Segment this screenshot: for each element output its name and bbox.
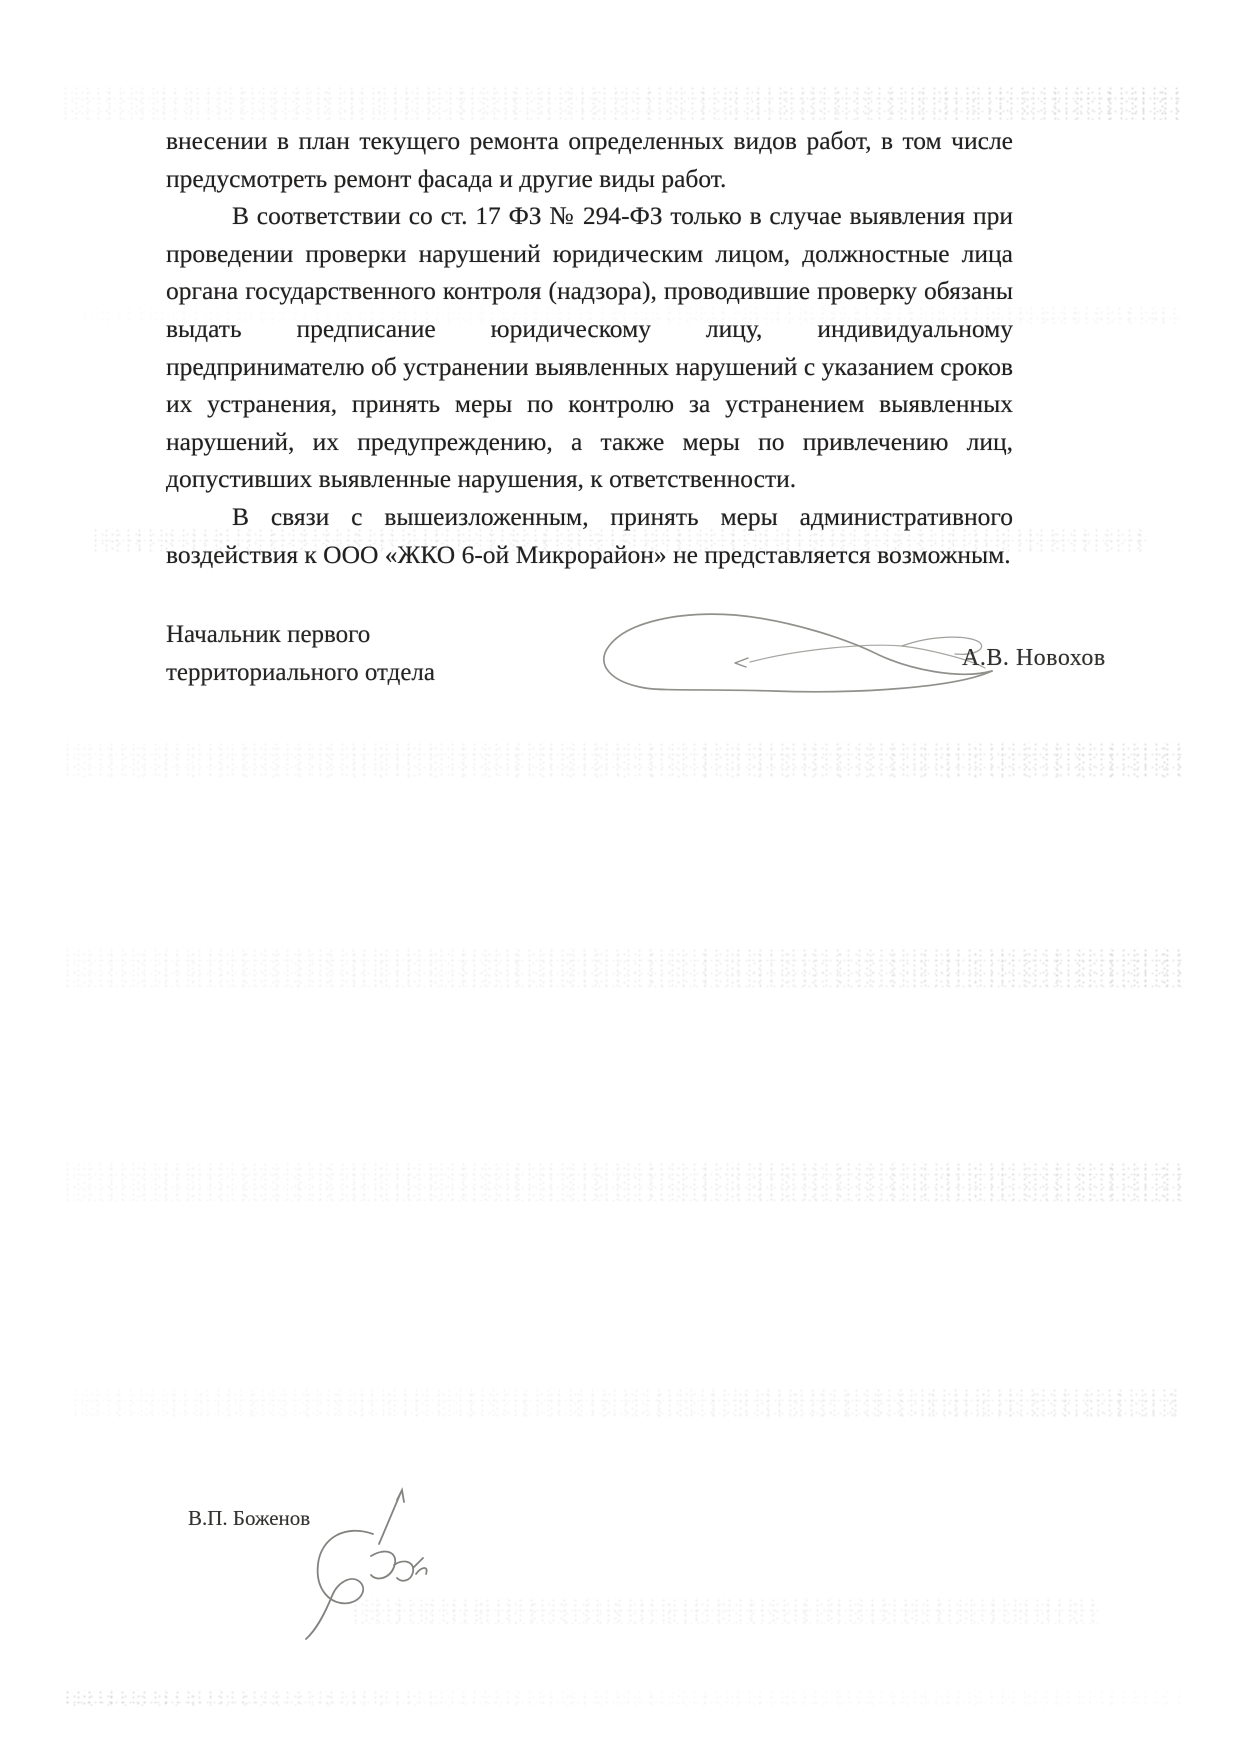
signatory-title: Начальник первого территориального отдел… [166, 616, 435, 691]
body-line: их устранения, принять меры по контролю … [166, 385, 1013, 423]
scan-noise-band [62, 1162, 1182, 1202]
body-line: предусмотреть ремонт фасада и другие вид… [166, 160, 1013, 198]
signatory-title-line2: территориального отдела [166, 654, 435, 692]
scan-noise-band [60, 86, 1185, 120]
document-body: внесении в план текущего ремонта определ… [166, 122, 1013, 573]
bozhenov-signature-icon [283, 1482, 433, 1654]
body-line: В связи с вышеизложенным, принять меры а… [166, 498, 1013, 536]
scan-noise-band [70, 1388, 1180, 1418]
body-line: органа государственного контроля (надзор… [166, 272, 1013, 310]
scan-noise-band [62, 948, 1182, 988]
body-line: выдать предписание юридическому лицу, ин… [166, 310, 1013, 348]
body-line: воздействия к ООО «ЖКО 6-ой Микрорайон» … [166, 536, 1013, 574]
scan-noise-band [62, 1690, 1182, 1706]
signatory-title-line1: Начальник первого [166, 616, 435, 654]
body-line: внесении в план текущего ремонта определ… [166, 122, 1013, 160]
signatory-name: А.В. Новохов [962, 645, 1106, 672]
scan-noise-band [62, 742, 1182, 778]
body-line: предпринимателю об устранении выявленных… [166, 348, 1013, 386]
scanned-document-page: внесении в план текущего ремонта определ… [0, 0, 1240, 1754]
body-line: В соответствии со ст. 17 ФЗ № 294-ФЗ тол… [166, 197, 1013, 235]
scan-noise-band [350, 1598, 1100, 1624]
body-line: проведении проверки нарушений юридически… [166, 235, 1013, 273]
body-line: допустивших выявленные нарушения, к отве… [166, 460, 1013, 498]
novokhov-signature-icon [545, 608, 1015, 703]
body-line: нарушений, их предупреждению, а также ме… [166, 423, 1013, 461]
